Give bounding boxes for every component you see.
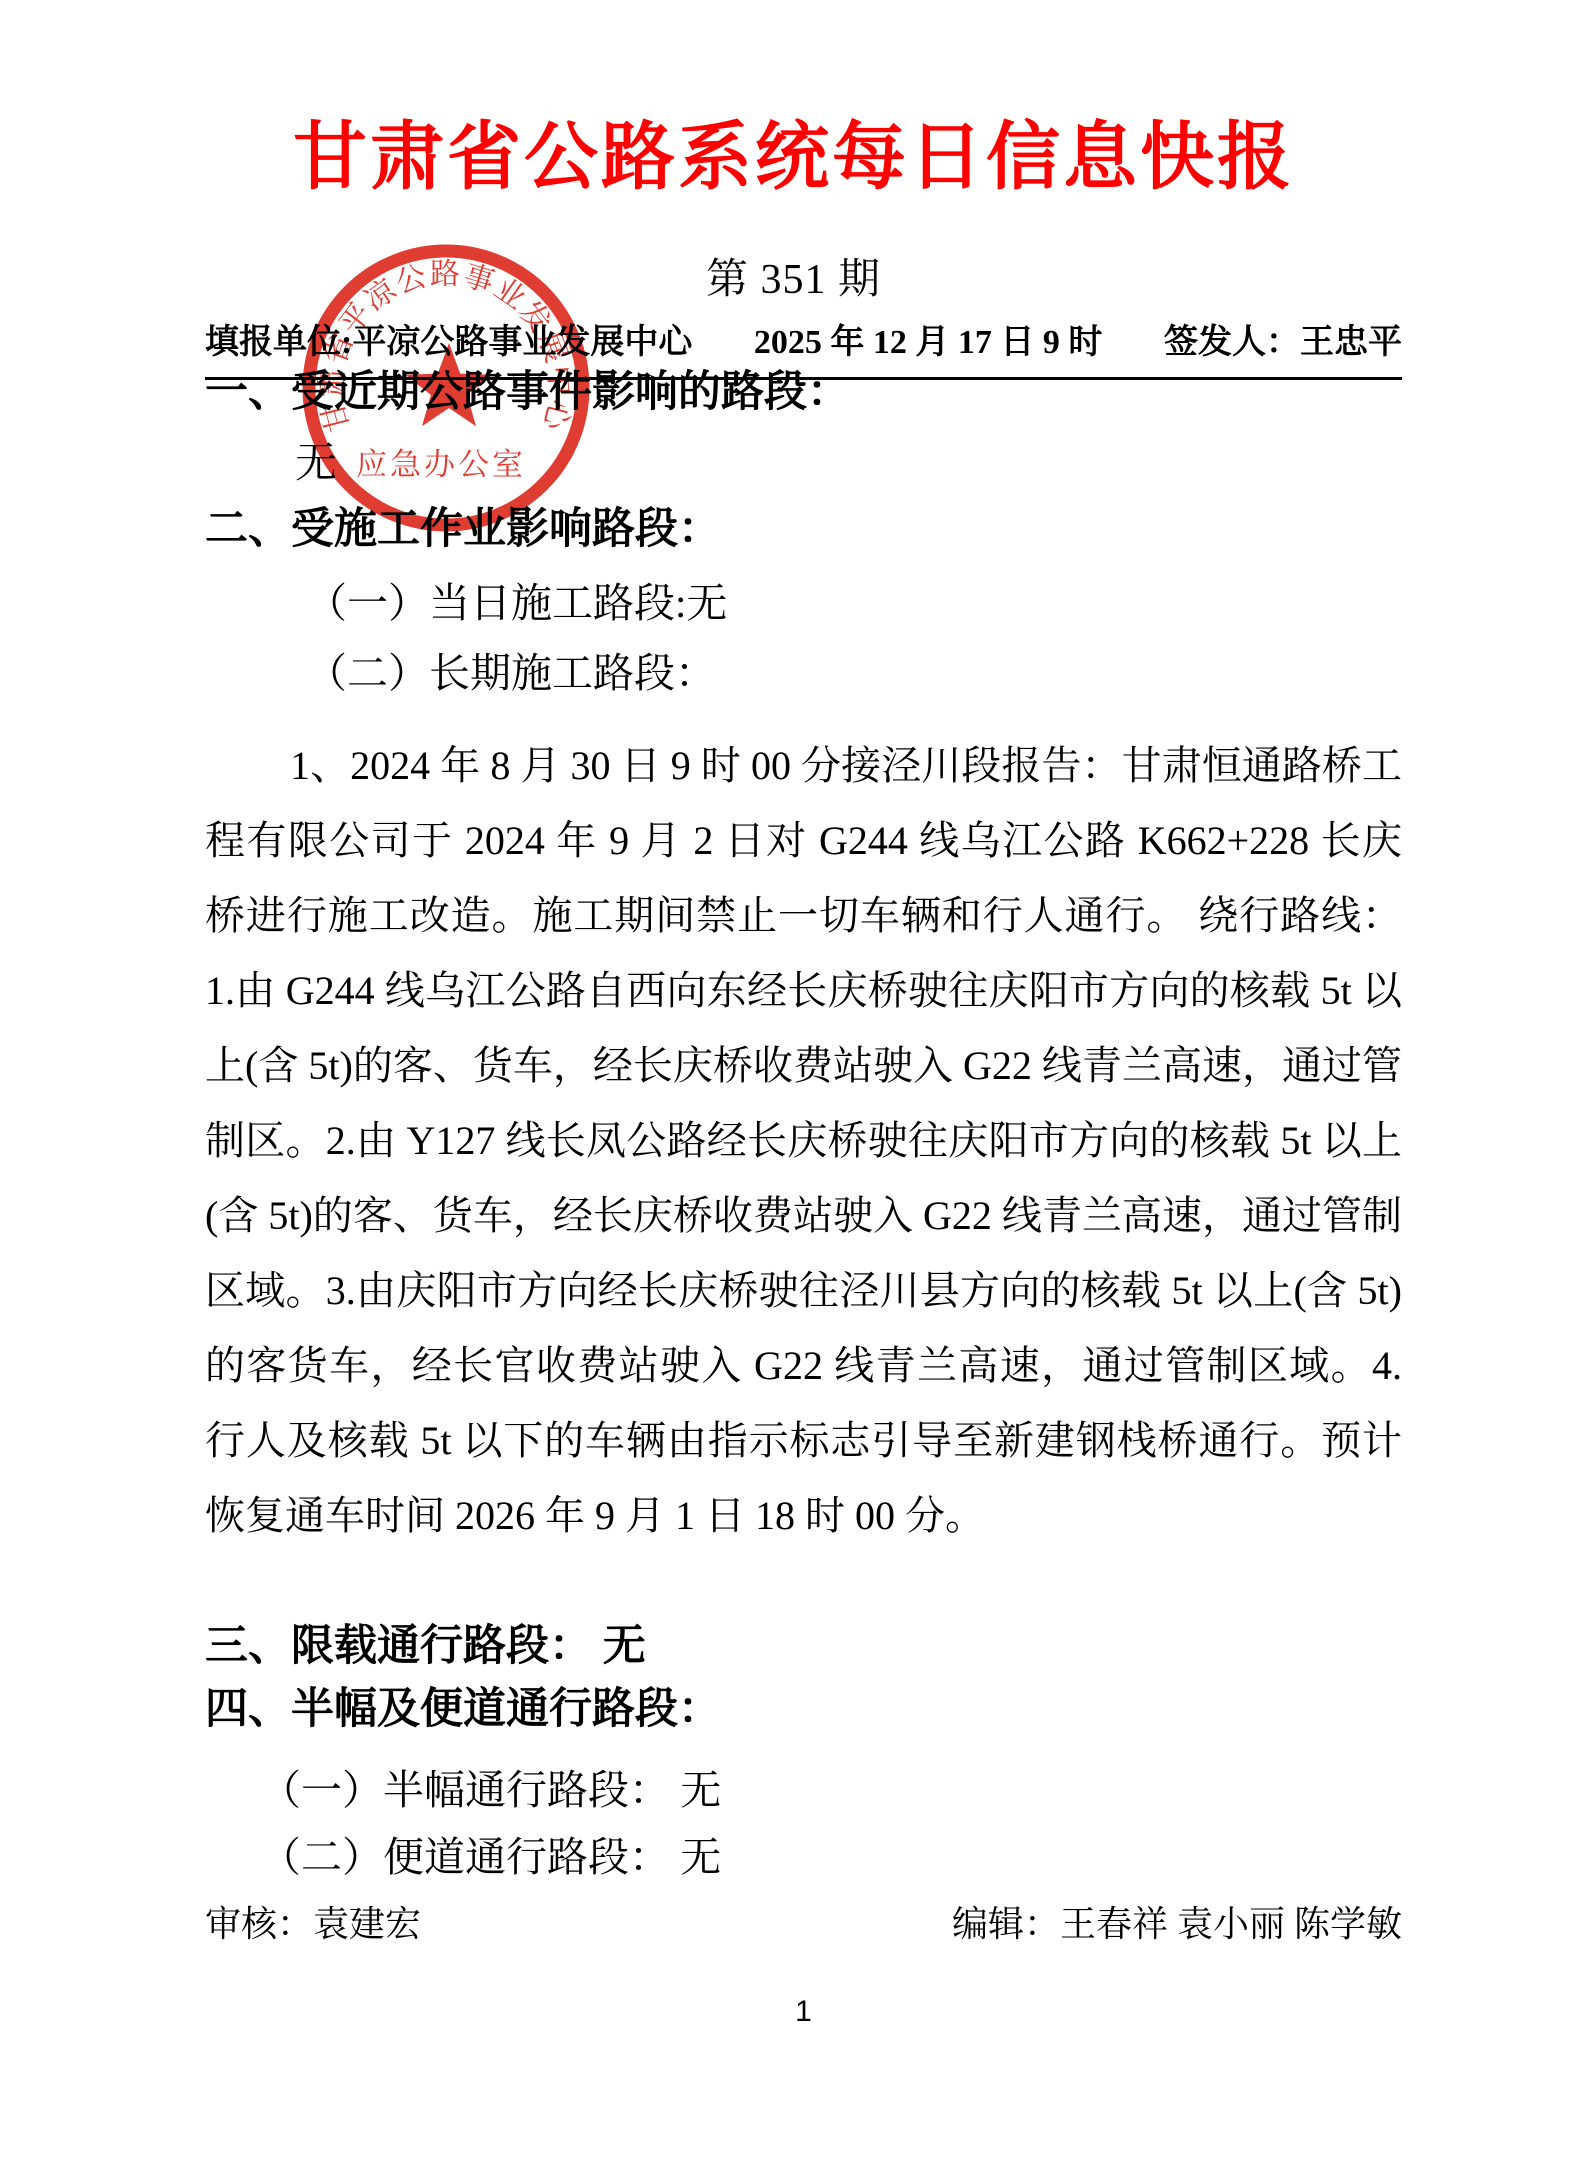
reviewer: 审核：袁建宏 <box>205 1896 421 1947</box>
report-datetime: 2025 年 12 月 17 日 9 时 <box>754 314 1103 363</box>
section-1-value: 无 <box>205 430 1492 490</box>
document-page: 甘肃省公路系统每日信息快报 第 351 期 填报单位:平凉公路事业发展中心 20… <box>0 0 1587 2165</box>
page-title: 甘肃省公路系统每日信息快报 <box>0 116 1587 201</box>
construction-notice-paragraph: 1、2024 年 8 月 30 日 9 时 00 分接泾川段报告：甘肃恒通路桥工… <box>205 728 1402 1553</box>
signature-row: 审核：袁建宏 编辑：王春祥 袁小丽 陈学敏 <box>205 1896 1402 1947</box>
page-number: 1 <box>205 1995 1402 2029</box>
section-2-sub-2: （二）长期施工路段： <box>205 640 1503 699</box>
section-3-heading: 三、限载通行路段： 无 <box>205 1620 1402 1674</box>
filing-unit: 填报单位:平凉公路事业发展中心 <box>205 314 692 363</box>
section-1-heading: 一、受近期公路事件影响的路段： <box>205 366 1402 420</box>
section-2-heading: 二、受施工作业影响路段： <box>205 503 1402 557</box>
editors: 编辑：王春祥 袁小丽 陈学敏 <box>952 1896 1402 1947</box>
issuer: 签发人：王忠平 <box>1164 314 1402 363</box>
issue-number: 第 351 期 <box>0 246 1587 306</box>
section-4-sub-2: （二）便道通行路段： 无 <box>205 1824 1457 1883</box>
section-4-heading: 四、半幅及便道通行路段： <box>205 1683 1402 1737</box>
section-2-sub-1: （一）当日施工路段:无 <box>205 570 1503 629</box>
section-4-sub-1: （一）半幅通行路段： 无 <box>205 1757 1457 1816</box>
